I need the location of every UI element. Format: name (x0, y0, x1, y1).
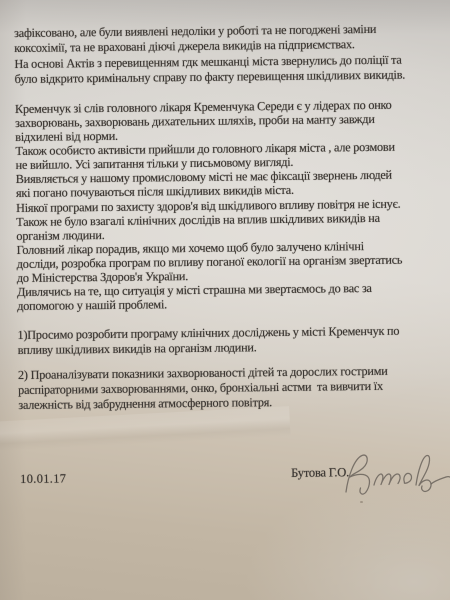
letter-body: зафіксовано, але були виявлені недоліки … (14, 21, 450, 586)
paragraph-request-2: 2) Проаналізувати показники захворюванос… (18, 364, 448, 413)
paragraph-request-1: 1)Просимо розробити програму клінічних д… (17, 323, 447, 357)
paper-blemish (360, 501, 363, 503)
letter-date: 10.01.17 (20, 471, 66, 487)
paragraph: На основі Актів з перевищенням гдк мешка… (14, 52, 444, 87)
signature-name: Бутова Г.О. (291, 465, 349, 481)
photographed-letter-page: зафіксовано, але були виявлені недоліки … (0, 0, 450, 600)
paragraph: зафіксовано, але були виявлені недоліки … (14, 21, 444, 56)
paragraph: Кременчук зі слів головного лікаря Креме… (15, 97, 447, 313)
